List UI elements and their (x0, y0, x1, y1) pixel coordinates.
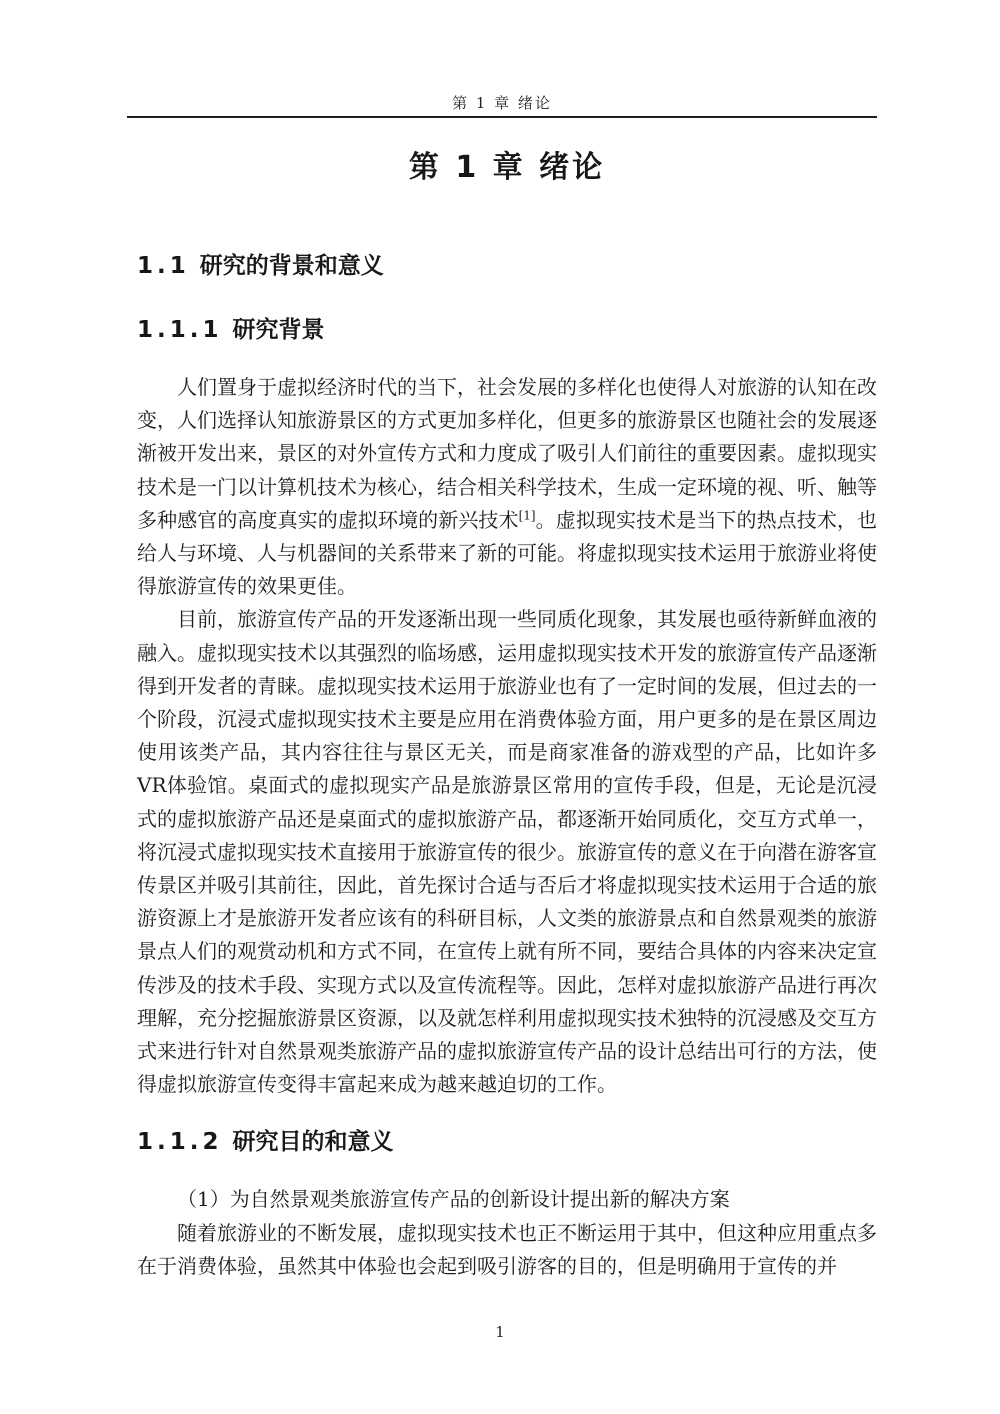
section-heading-1-1: 1.1研究的背景和意义 (137, 253, 877, 279)
paragraph-background-1: 人们置身于虚拟经济时代的当下，社会发展的多样化也使得人对旅游的认知在改变，人们选… (137, 371, 877, 603)
list-item-purpose-1: （1）为自然景观类旅游宣传产品的创新设计提出新的解决方案 (137, 1183, 877, 1216)
chapter-title: 第 1 章 绪论 (137, 150, 877, 186)
subsection-number: 1.1.1 (137, 317, 223, 343)
paragraph-purpose-1: 随着旅游业的不断发展，虚拟现实技术也正不断运用于其中，但这种应用重点多在于消费体… (137, 1217, 877, 1283)
citation-reference-1: [1] (519, 508, 536, 522)
page-number: 1 (495, 1323, 505, 1341)
paragraph-background-2: 目前，旅游宣传产品的开发逐渐出现一些同质化现象，其发展也亟待新鲜血液的融入。虚拟… (137, 603, 877, 1101)
subsection-heading-1-1-1: 1.1.1研究背景 (137, 317, 877, 343)
subsection-title: 研究背景 (233, 317, 325, 343)
subsection-number: 1.1.2 (137, 1129, 223, 1155)
subsection-heading-1-1-2: 1.1.2研究目的和意义 (137, 1129, 877, 1155)
section-title: 研究的背景和意义 (200, 253, 384, 279)
page-footer: 1 (0, 1322, 1000, 1342)
page-content: 第 1 章 绪论 1.1研究的背景和意义 1.1.1研究背景 人们置身于虚拟经济… (137, 0, 877, 1283)
subsection-title: 研究目的和意义 (233, 1129, 394, 1155)
section-number: 1.1 (137, 253, 190, 279)
thesis-page: 第 1 章 绪论 第 1 章 绪论 1.1研究的背景和意义 1.1.1研究背景 … (0, 0, 1000, 1414)
